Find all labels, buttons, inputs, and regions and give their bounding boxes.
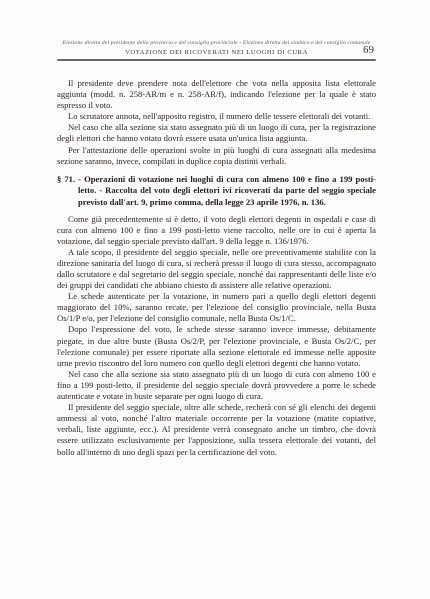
paragraph: Lo scrutatore annota, nell'apposito regi… [57,111,376,122]
paragraph: Il presidente del seggio speciale, oltre… [57,402,376,457]
page-number: 69 [363,44,374,56]
running-title: Elezione diretta del presidente della pr… [57,40,376,47]
paragraph: Come già precedentemente si è detto, il … [57,214,376,247]
paragraph: Le schede autenticate per la votazione, … [57,291,376,324]
paragraph: Dopo l'espressione del voto, le schede s… [57,324,376,368]
paragraph: Per l'attestazione delle operazioni svol… [57,145,376,167]
paragraph: Il presidente deve prendere nota dell'el… [57,78,376,111]
page-body: Il presidente deve prendere nota dell'el… [57,78,376,458]
chapter-title: VOTAZIONE DEI RICOVERATI NEI LUOGHI DI C… [57,48,376,57]
book-page: Elezione diretta del presidente della pr… [0,0,430,599]
paragraph: Nel caso che alla sezione sia stato asse… [57,369,376,402]
section-title: - Operazioni di votazione nei luoghi di … [78,174,376,207]
paragraph: Nel caso che alla sezione sia stato asse… [57,122,376,144]
running-header: Elezione diretta del presidente della pr… [57,40,376,57]
header-rule [57,59,376,61]
section-number: § 71. [57,174,75,184]
paragraph: A tale scopo, il presidente del seggio s… [57,247,376,291]
section-heading: § 71. - Operazioni di votazione nei luog… [57,174,376,209]
